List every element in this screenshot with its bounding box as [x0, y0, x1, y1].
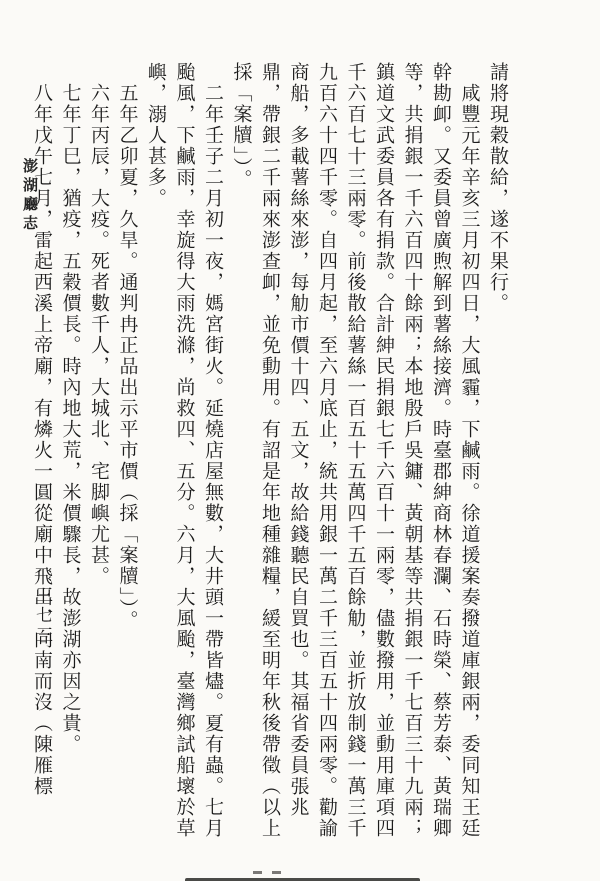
book-page: 澎湖廳志 三七三 請將現穀散給，遂不果行。 咸豐元年辛亥三月初四日，大風霾，下鹹… [0, 0, 600, 881]
entry-xianfeng-year8: 八年戊午七月，雷起西溪上帝廟，有燐火一圓從廟中飛出，向南而沒（陳雁標 [28, 62, 57, 857]
main-text-block: 請將現穀散給，遂不果行。 咸豐元年辛亥三月初四日，大風霾，下鹹雨。徐道援案奏撥道… [28, 62, 513, 857]
scan-artifact [253, 871, 262, 874]
entry-xianfeng-year6: 六年丙辰，大疫。死者數千人，大城北、宅脚嶼尤甚。 [85, 62, 114, 857]
entry-xianfeng-year1: 咸豐元年辛亥三月初四日，大風霾，下鹹雨。徐道援案奏撥道庫銀兩，委同知王廷幹勘卹。… [227, 62, 484, 857]
scan-artifact [272, 871, 281, 874]
entry-continuation: 請將現穀散給，遂不果行。 [484, 62, 513, 857]
entry-xianfeng-year7: 七年丁巳，猶疫，五穀價長。時內地大荒，米價驟長，故澎湖亦因之貴。 [56, 62, 85, 857]
entry-xianfeng-year5: 五年乙卯夏，久旱。通判冉正品出示平市價（採「案牘」）。 [113, 62, 142, 857]
entry-xianfeng-year2: 二年壬子二月初一夜，媽宮街火。延燒店屋無數，大井頭一帶皆燼。夏有蟲。七月颱風，下… [142, 62, 228, 857]
